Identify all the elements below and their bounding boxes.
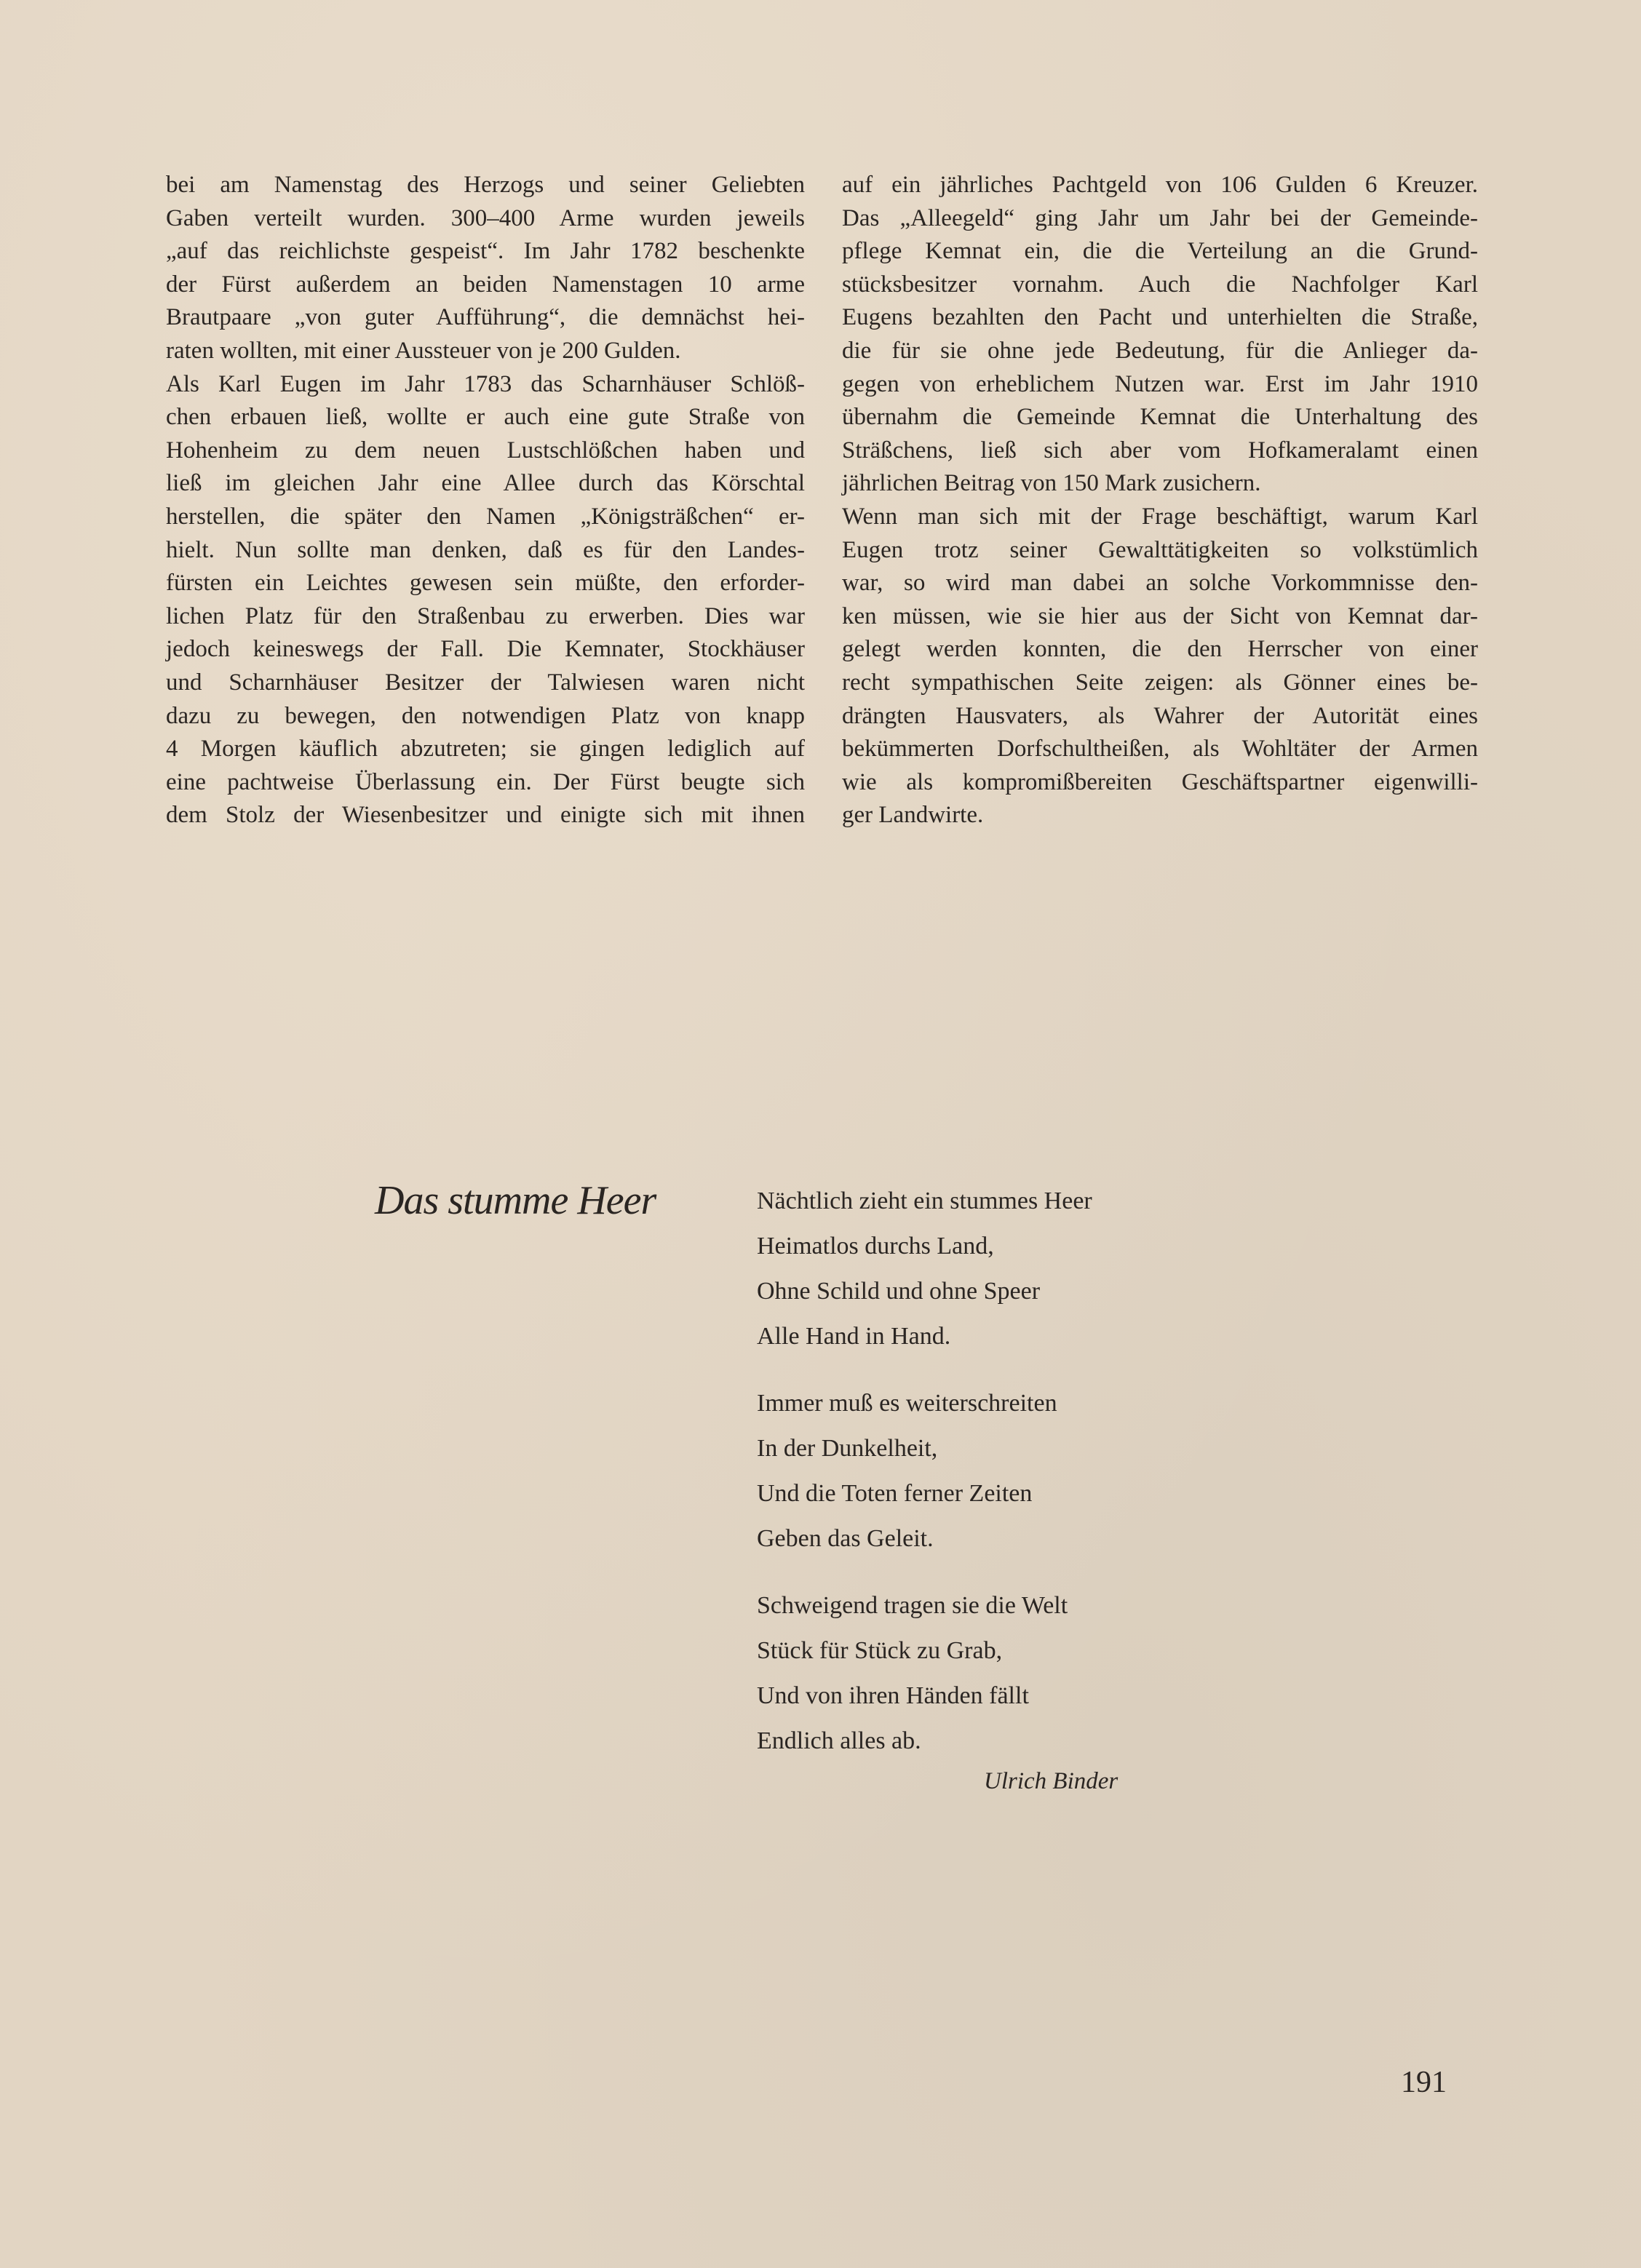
poem-verse: Und die Toten ferner Zeiten <box>757 1471 1092 1516</box>
text-line: Wenn man sich mit der Frage beschäftigt,… <box>842 501 1478 534</box>
text-line: übernahm die Gemeinde Kemnat die Unterha… <box>842 401 1478 434</box>
text-line: Eugens bezahlten den Pacht und unterhiel… <box>842 301 1478 335</box>
text-line: und Scharnhäuser Besitzer der Talwiesen … <box>166 667 805 700</box>
text-line: chen erbauen ließ, wollte er auch eine g… <box>166 401 805 434</box>
text-line: der Fürst außerdem an beiden Namenstagen… <box>166 268 805 302</box>
poem-body: Nächtlich zieht ein stummes Heer Heimatl… <box>757 1179 1092 1786</box>
text-line: drängten Hausvaters, als Wahrer der Auto… <box>842 700 1478 733</box>
poem-verse: Heimatlos durchs Land, <box>757 1224 1092 1269</box>
poem-verse: Immer muß es weiterschreiten <box>757 1381 1092 1426</box>
page: bei am Namenstag des Herzogs und seiner … <box>0 0 1641 2268</box>
text-line: dazu zu bewegen, den notwendigen Platz v… <box>166 700 805 733</box>
poem-verse: Schweigend tragen sie die Welt <box>757 1583 1092 1628</box>
poem-title: Das stumme Heer <box>375 1177 656 1224</box>
poem-author: Ulrich Binder <box>984 1768 1118 1795</box>
text-line: war, so wird man dabei an solche Vorkomm… <box>842 567 1478 600</box>
article-left-column: bei am Namenstag des Herzogs und seiner … <box>166 169 805 832</box>
text-line: Eugen trotz seiner Gewalttätigkeiten so … <box>842 534 1478 568</box>
text-line: fürsten ein Leichtes gewesen sein müßte,… <box>166 567 805 600</box>
text-line: ließ im gleichen Jahr eine Allee durch d… <box>166 467 805 501</box>
text-line: recht sympathischen Seite zeigen: als Gö… <box>842 667 1478 700</box>
text-line: wie als kompromißbereiten Geschäftspartn… <box>842 766 1478 800</box>
text-line: jedoch keineswegs der Fall. Die Kemnater… <box>166 633 805 667</box>
text-line: jährlichen Beitrag von 150 Mark zusicher… <box>842 467 1478 501</box>
poem-verse: Alle Hand in Hand. <box>757 1314 1092 1359</box>
text-line: Als Karl Eugen im Jahr 1783 das Scharnhä… <box>166 368 805 402</box>
poem-verse: Ohne Schild und ohne Speer <box>757 1269 1092 1314</box>
text-line: bekümmerten Dorfschultheißen, als Wohltä… <box>842 733 1478 766</box>
text-line: pflege Kemnat ein, die die Verteilung an… <box>842 235 1478 268</box>
text-line: stücksbesitzer vornahm. Auch die Nachfol… <box>842 268 1478 302</box>
poem-verse: Nächtlich zieht ein stummes Heer <box>757 1179 1092 1224</box>
text-line: dem Stolz der Wiesenbesitzer und einigte… <box>166 799 805 832</box>
text-line: ger Landwirte. <box>842 799 1478 832</box>
text-line: gelegt werden konnten, die den Herrscher… <box>842 633 1478 667</box>
text-line: Das „Alleegeld“ ging Jahr um Jahr bei de… <box>842 202 1478 236</box>
text-line: lichen Platz für den Straßenbau zu erwer… <box>166 600 805 634</box>
text-line: raten wollten, mit einer Aussteuer von j… <box>166 335 805 368</box>
text-line: Sträßchens, ließ sich aber vom Hofkamera… <box>842 434 1478 468</box>
text-line: Brautpaare „von guter Aufführung“, die d… <box>166 301 805 335</box>
text-line: die für sie ohne jede Bedeutung, für die… <box>842 335 1478 368</box>
text-line: Hohenheim zu dem neuen Lustschlößchen ha… <box>166 434 805 468</box>
text-line: hielt. Nun sollte man denken, daß es für… <box>166 534 805 568</box>
poem-verse: Endlich alles ab. <box>757 1719 1092 1764</box>
article-right-column: auf ein jährliches Pachtgeld von 106 Gul… <box>842 169 1478 832</box>
poem-stanza: Immer muß es weiterschreiten In der Dunk… <box>757 1381 1092 1561</box>
text-line: bei am Namenstag des Herzogs und seiner … <box>166 169 805 202</box>
poem-verse: Und von ihren Händen fällt <box>757 1674 1092 1719</box>
text-line: ken müssen, wie sie hier aus der Sicht v… <box>842 600 1478 634</box>
poem-verse: Stück für Stück zu Grab, <box>757 1628 1092 1674</box>
text-line: eine pachtweise Überlassung ein. Der Für… <box>166 766 805 800</box>
text-line: „auf das reichlichste gespeist“. Im Jahr… <box>166 235 805 268</box>
poem-stanza: Nächtlich zieht ein stummes Heer Heimatl… <box>757 1179 1092 1359</box>
poem-verse: Geben das Geleit. <box>757 1516 1092 1561</box>
text-line: auf ein jährliches Pachtgeld von 106 Gul… <box>842 169 1478 202</box>
text-line: herstellen, die später den Namen „Königs… <box>166 501 805 534</box>
text-line: gegen von erheblichem Nutzen war. Erst i… <box>842 368 1478 402</box>
text-line: Gaben verteilt wurden. 300–400 Arme wurd… <box>166 202 805 236</box>
text-line: 4 Morgen käuflich abzutreten; sie gingen… <box>166 733 805 766</box>
page-number: 191 <box>1401 2065 1447 2100</box>
poem-verse: In der Dunkelheit, <box>757 1426 1092 1471</box>
poem-stanza: Schweigend tragen sie die Welt Stück für… <box>757 1583 1092 1764</box>
